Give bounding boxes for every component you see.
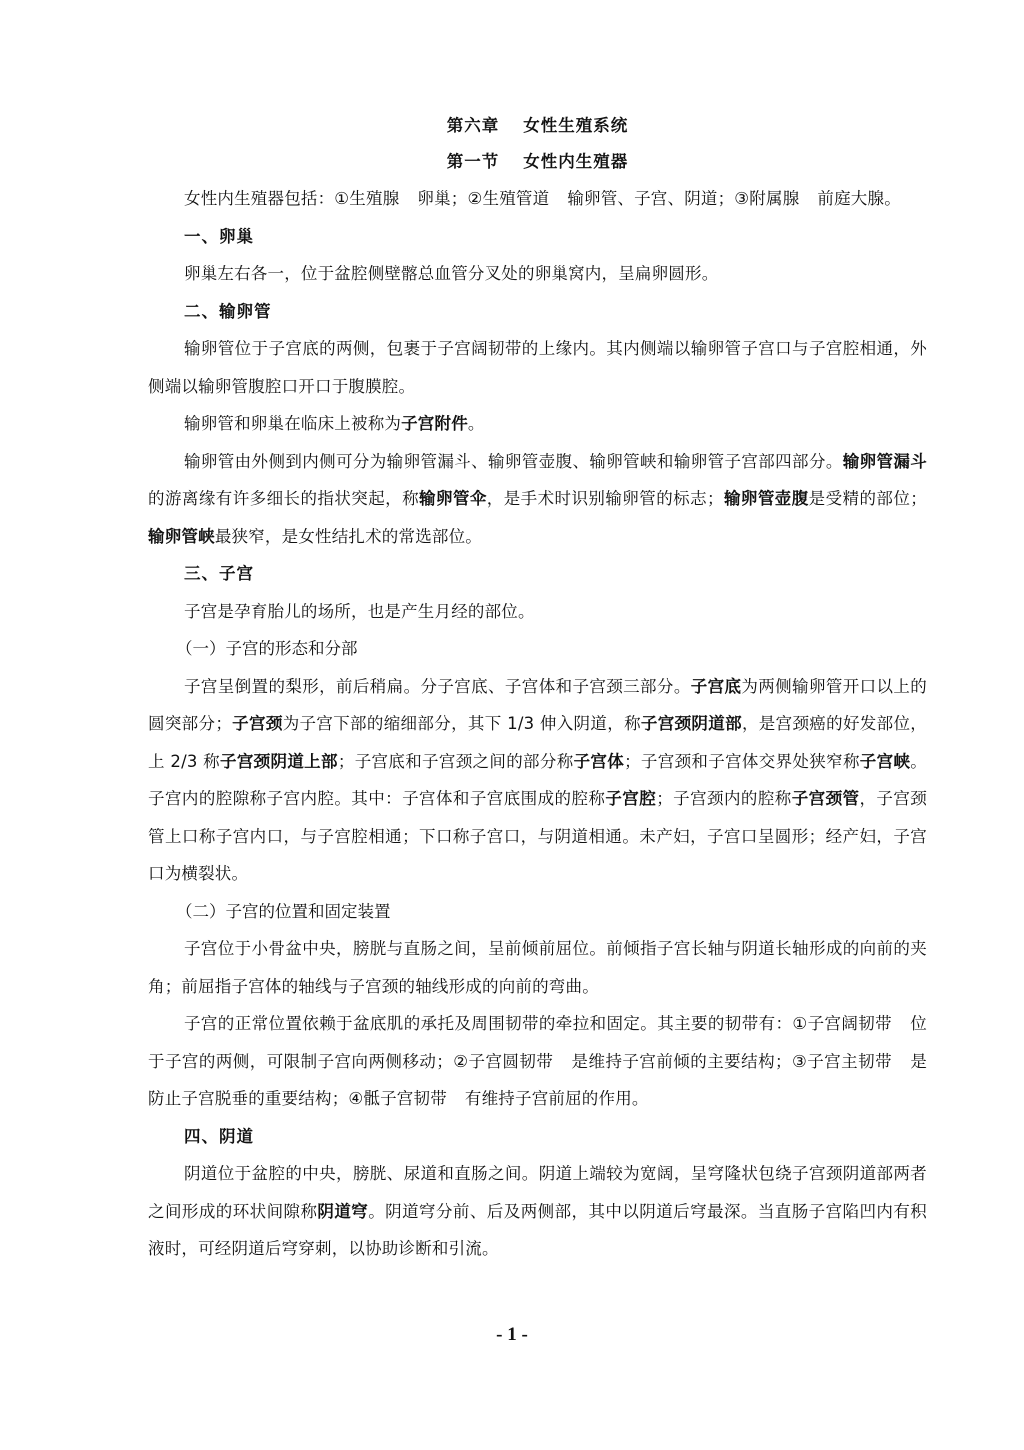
chapter-title: 第六章女性生殖系统 <box>148 108 927 144</box>
ovary-paragraph: 卵巢左右各一，位于盆腔侧壁髂总血管分叉处的卵巢窝内，呈扁卵圆形。 <box>148 255 927 293</box>
intro-paragraph: 女性内生殖器包括：①生殖腺卵巢；②生殖管道输卵管、子宫、阴道；③附属腺前庭大腺。 <box>148 180 927 218</box>
tube-paragraph-3: 输卵管由外侧到内侧可分为输卵管漏斗、输卵管壶腹、输卵管峡和输卵管子宫部四部分。输… <box>148 443 927 556</box>
section-title: 第一节女性内生殖器 <box>148 144 927 180</box>
page-number: - 1 - <box>0 1324 1024 1346</box>
section-number: 第一节 <box>447 152 500 171</box>
heading-vagina: 四、阴道 <box>148 1118 927 1156</box>
chapter-name: 女性生殖系统 <box>523 116 628 135</box>
heading-tube: 二、输卵管 <box>148 293 927 331</box>
chapter-number: 第六章 <box>447 116 500 135</box>
document-page: 第六章女性生殖系统 第一节女性内生殖器 女性内生殖器包括：①生殖腺卵巢；②生殖管… <box>148 108 927 1268</box>
term-uterine-adnexa: 子宫附件 <box>401 414 468 433</box>
uterus-paragraph-3: 子宫位于小骨盆中央，膀胱与直肠之间，呈前倾前屈位。前倾指子宫长轴与阴道长轴形成的… <box>148 930 927 1005</box>
uterus-subheading-2: （二）子宫的位置和固定装置 <box>148 893 927 931</box>
tube-paragraph-2: 输卵管和卵巢在临床上被称为子宫附件。 <box>148 405 927 443</box>
uterus-paragraph-1: 子宫是孕育胎儿的场所，也是产生月经的部位。 <box>148 593 927 631</box>
heading-ovary: 一、卵巢 <box>148 218 927 256</box>
uterus-paragraph-2: 子宫呈倒置的梨形，前后稍扁。分子宫底、子宫体和子宫颈三部分。子宫底为两侧输卵管开… <box>148 668 927 893</box>
uterus-subheading-1: （一）子宫的形态和分部 <box>148 630 927 668</box>
tube-paragraph-1: 输卵管位于子宫底的两侧，包裹于子宫阔韧带的上缘内。其内侧端以输卵管子宫口与子宫腔… <box>148 330 927 405</box>
section-name: 女性内生殖器 <box>523 152 628 171</box>
heading-uterus: 三、子宫 <box>148 555 927 593</box>
vagina-paragraph: 阴道位于盆腔的中央，膀胱、尿道和直肠之间。阴道上端较为宽阔，呈穹隆状包绕子宫颈阴… <box>148 1155 927 1268</box>
uterus-paragraph-4: 子宫的正常位置依赖于盆底肌的承托及周围韧带的牵拉和固定。其主要的韧带有：①子宫阔… <box>148 1005 927 1118</box>
